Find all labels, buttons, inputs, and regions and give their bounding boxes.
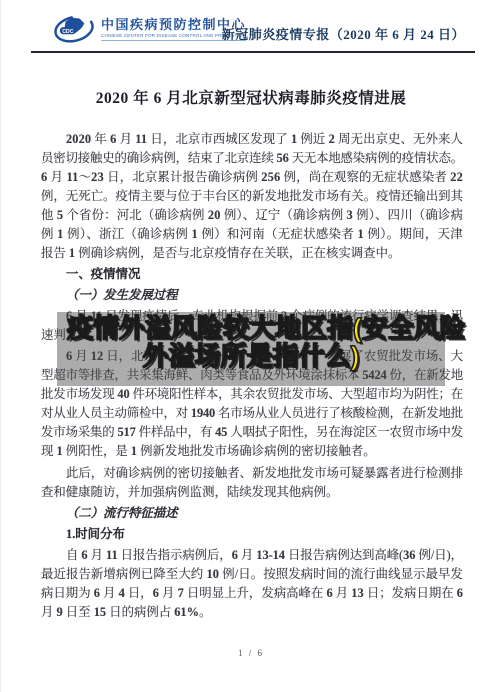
paragraph-line: 最近报告新增病例已降至大约 10 例/日。按照发病时间的流行曲线显示最早发: [41, 565, 463, 584]
paragraph-line: 查和健康随访，并加强病例监测，陆续发现其他病例。: [41, 483, 463, 502]
section-heading-1: 一、疫情情况: [41, 265, 463, 284]
document-page: CDC 中国疾病预防控制中心 CHINESE CENTER FOR DISEAS…: [0, 0, 500, 692]
paragraph-line: 例 1 例）、浙江（确诊病例 1 例）和河南（无症状感染者 1 例）。期间，天津: [41, 225, 463, 244]
subsection-heading-2: （二）流行特征描述: [41, 504, 463, 523]
paragraph-line: 例，无死亡。疫情主要与位于丰台区的新发地批发市场有关。疫情还输出到其: [41, 187, 463, 206]
paragraph-line: 病日期为 6 月 4 日，6 月 7 日明显上升，发病高峰在 6 月 13 日；…: [41, 584, 463, 603]
paragraph-line: 员密切接触史的确诊病例，结束了北京连续 56 天无本地感染病例的疫情状态。: [41, 149, 463, 168]
paragraph-line: 报告 1 例确诊病例，是否与北京疫情存在关联，正在核实调查中。: [41, 244, 463, 263]
cdc-logo-icon: CDC: [53, 12, 95, 46]
paragraph-line: 发市场采集的 517 件样品中，有 45 人咽拭子阳性，另在海淀区一农贸市场中发: [41, 423, 463, 442]
paragraph-line: 批发市场发现 40 件环境阳性样本，其余农贸批发市场、大型超市均为阴性；在: [41, 385, 463, 404]
paragraph-line: 现 1 例阳性，是 1 例新发地批发市场确诊病例的密切接触者。: [41, 442, 463, 461]
report-date-label: 新冠肺炎疫情专报（2020 年 6 月 24 日）: [222, 24, 465, 43]
document-title: 2020 年 6 月北京新型冠状病毒肺炎疫情进展: [1, 86, 500, 108]
cdc-logo-text: CDC: [62, 29, 73, 35]
header-rule: [31, 51, 475, 53]
page-indicator: 1 / 6: [1, 648, 500, 658]
caption-overlay-box: 疫情外溢风险较大地区指(安全风险 外溢场所是指什么): [57, 312, 445, 386]
paragraph-line: 他 5 个省份：河北（确诊病例 20 例）、辽宁（确诊病例 3 例）、四川（确诊…: [41, 206, 463, 225]
subsection-heading-3: 1.时间分布: [41, 525, 463, 544]
caption-overlay-line2: 外溢场所是指什么): [57, 342, 445, 370]
paragraph-line: 6 月 11～23 日，北京累计报告确诊病例 256 例，尚在观察的无症状感染者…: [41, 168, 463, 187]
subsection-heading-1: （一）发生发展过程: [41, 286, 463, 305]
header-logo: CDC 中国疾病预防控制中心 CHINESE CENTER FOR DISEAS…: [53, 12, 246, 46]
paragraph-line: 对从业人员主动筛检中，对 1940 名市场从业人员进行了核酸检测，在新发地批: [41, 404, 463, 423]
paragraph-line: 此后，对确诊病例的密切接触者、新发地批发市场可疑暴露者进行检测排: [41, 464, 463, 483]
paragraph-line: 自 6 月 11 日报告指示病例后，6 月 13-14 日报告病例达到高峰(36…: [41, 546, 463, 565]
paragraph-line: 2020 年 6 月 11 日，北京市西城区发现了 1 例近 2 周无出京史、无…: [41, 130, 463, 149]
caption-overlay-line1: 疫情外溢风险较大地区指(安全风险: [67, 314, 466, 342]
paragraph-line: 月 9 日至 15 日的病例占 61%。: [41, 603, 463, 622]
